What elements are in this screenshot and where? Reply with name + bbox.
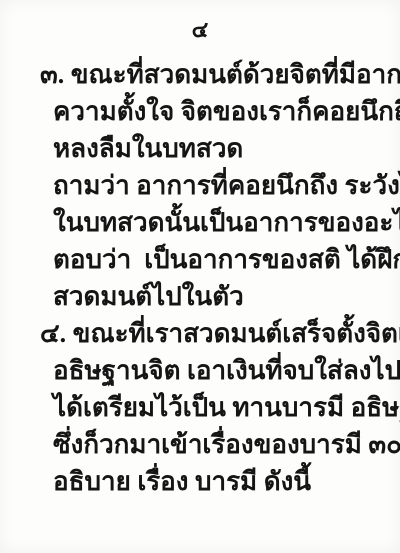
text-line-question: ถามว่า อาการที่คอยนึกถึง ระวังไม่ให้หลงล… — [40, 167, 380, 204]
document-page: ๔ ๓. ขณะที่สวดมนต์ด้วยจิตที่มีอาการสำรวม… — [0, 0, 400, 553]
text-line: หลงลืมในบทสวด — [40, 130, 380, 167]
text-line: ในบทสวดนั้นเป็นอาการของอะไร ? — [40, 204, 380, 241]
page-number: ๔ — [0, 12, 400, 47]
text-line: สวดมนต์ไปในตัว — [40, 278, 380, 315]
text-line-item-3-start: ๓. ขณะที่สวดมนต์ด้วยจิตที่มีอาการสำรวม ม… — [40, 56, 380, 93]
text-line: ความตั้งใจ จิตของเราก็คอยนึกถึงระวังไม่ใ… — [40, 93, 380, 130]
text-line: อธิษฐานจิต เอาเงินที่จบใส่ลงไปในภาชนะที่ — [40, 352, 380, 389]
text-line-item-4-start: ๔. ขณะที่เราสวดมนต์เสร็จตั้งจิตเป็นสมาธิ — [40, 315, 380, 352]
text-line-answer: ตอบว่า เป็นอาการของสติ ได้ฝึกสติในการ — [40, 241, 380, 278]
text-line: ซึ่งก็วกมาเข้าเรื่องของบารมี ๓๐ ทัศ ซึ่ง… — [40, 426, 380, 463]
text-line: ได้เตรียมไว้เป็น ทานบารมี อธิษฐานบารมี — [40, 389, 380, 426]
text-block: ๓. ขณะที่สวดมนต์ด้วยจิตที่มีอาการสำรวม ม… — [40, 56, 380, 500]
text-line: อธิบาย เรื่อง บารมี ดังนี้ — [40, 463, 380, 500]
